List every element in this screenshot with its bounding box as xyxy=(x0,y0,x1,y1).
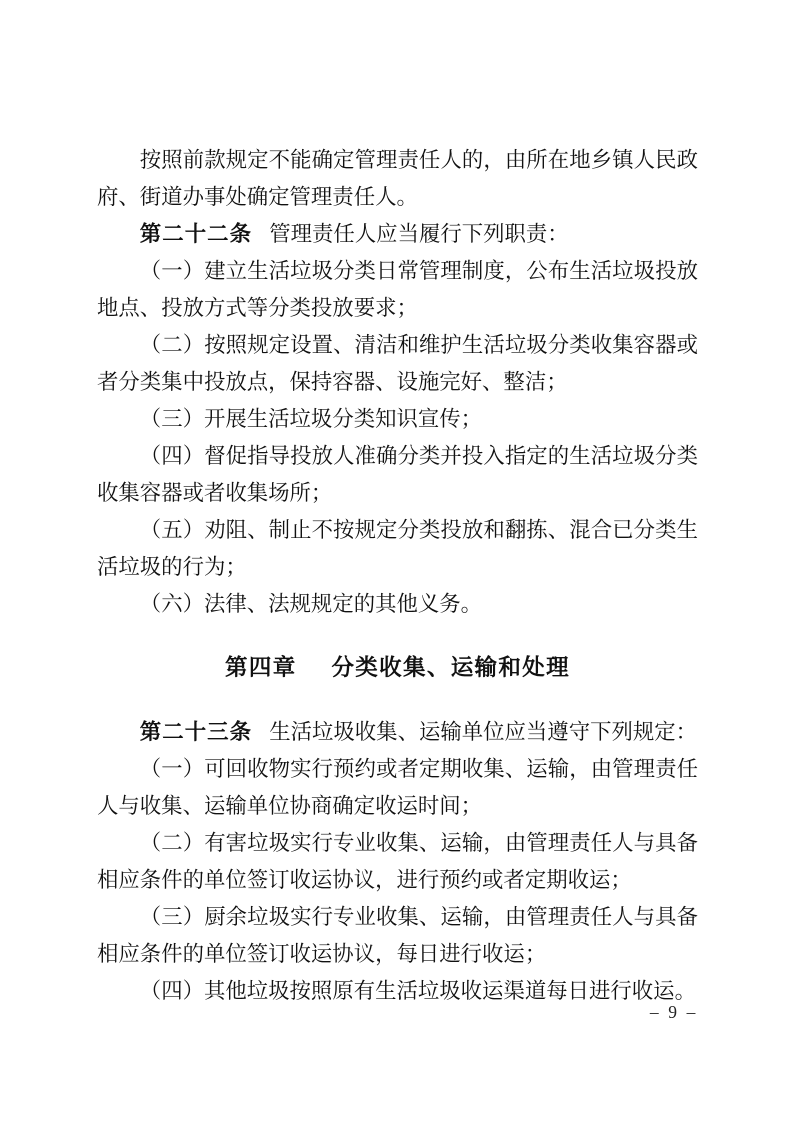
article-23-intro: 生活垃圾收集、运输单位应当遵守下列规定： xyxy=(269,720,697,744)
article-22-item-1: （一）建立生活垃圾分类日常管理制度，公布生活垃圾投放地点、投放方式等分类投放要求… xyxy=(97,253,698,327)
chapter-4-title: 分类收集、运输和处理 xyxy=(331,655,570,681)
article-23-item-2: （二）有害垃圾实行专业收集、运输，由管理责任人与具备相应条件的单位签订收运协议，… xyxy=(97,825,698,899)
article-23-heading: 第二十三条生活垃圾收集、运输单位应当遵守下列规定： xyxy=(97,714,698,751)
article-22-item-6: （六）法律、法规规定的其他义务。 xyxy=(97,586,698,623)
document-content: 按照前款规定不能确定管理责任人的，由所在地乡镇人民政府、街道办事处确定管理责任人… xyxy=(97,142,698,1010)
article-22-item-4: （四）督促指导投放人准确分类并投入指定的生活垃圾分类收集容器或者收集场所； xyxy=(97,438,698,512)
article-23-item-1: （一）可回收物实行预约或者定期收集、运输，由管理责任人与收集、运输单位协商确定收… xyxy=(97,751,698,825)
chapter-4-heading: 第四章分类收集、运输和处理 xyxy=(97,650,698,687)
article-22-item-5: （五）劝阻、制止不按规定分类投放和翻拣、混合已分类生活垃圾的行为； xyxy=(97,512,698,586)
article-23-item-4: （四）其他垃圾按照原有生活垃圾收运渠道每日进行收运。 xyxy=(97,973,698,1010)
article-23-item-3: （三）厨余垃圾实行专业收集、运输，由管理责任人与具备相应条件的单位签订收运协议，… xyxy=(97,899,698,973)
chapter-4-label: 第四章 xyxy=(225,655,297,681)
article-22-heading: 第二十二条管理责任人应当履行下列职责： xyxy=(97,216,698,253)
article-22-item-2: （二）按照规定设置、清洁和维护生活垃圾分类收集容器或者分类集中投放点，保持容器、… xyxy=(97,327,698,401)
article-22-intro: 管理责任人应当履行下列职责： xyxy=(269,222,568,246)
article-23-label: 第二十三条 xyxy=(140,720,252,745)
page-number: – 9 – xyxy=(650,1000,698,1024)
carryover-paragraph: 按照前款规定不能确定管理责任人的，由所在地乡镇人民政府、街道办事处确定管理责任人… xyxy=(97,142,698,216)
article-22-label: 第二十二条 xyxy=(140,222,252,247)
document-page: 按照前款规定不能确定管理责任人的，由所在地乡镇人民政府、街道办事处确定管理责任人… xyxy=(0,0,793,1122)
article-22-item-3: （三）开展生活垃圾分类知识宣传； xyxy=(97,401,698,438)
